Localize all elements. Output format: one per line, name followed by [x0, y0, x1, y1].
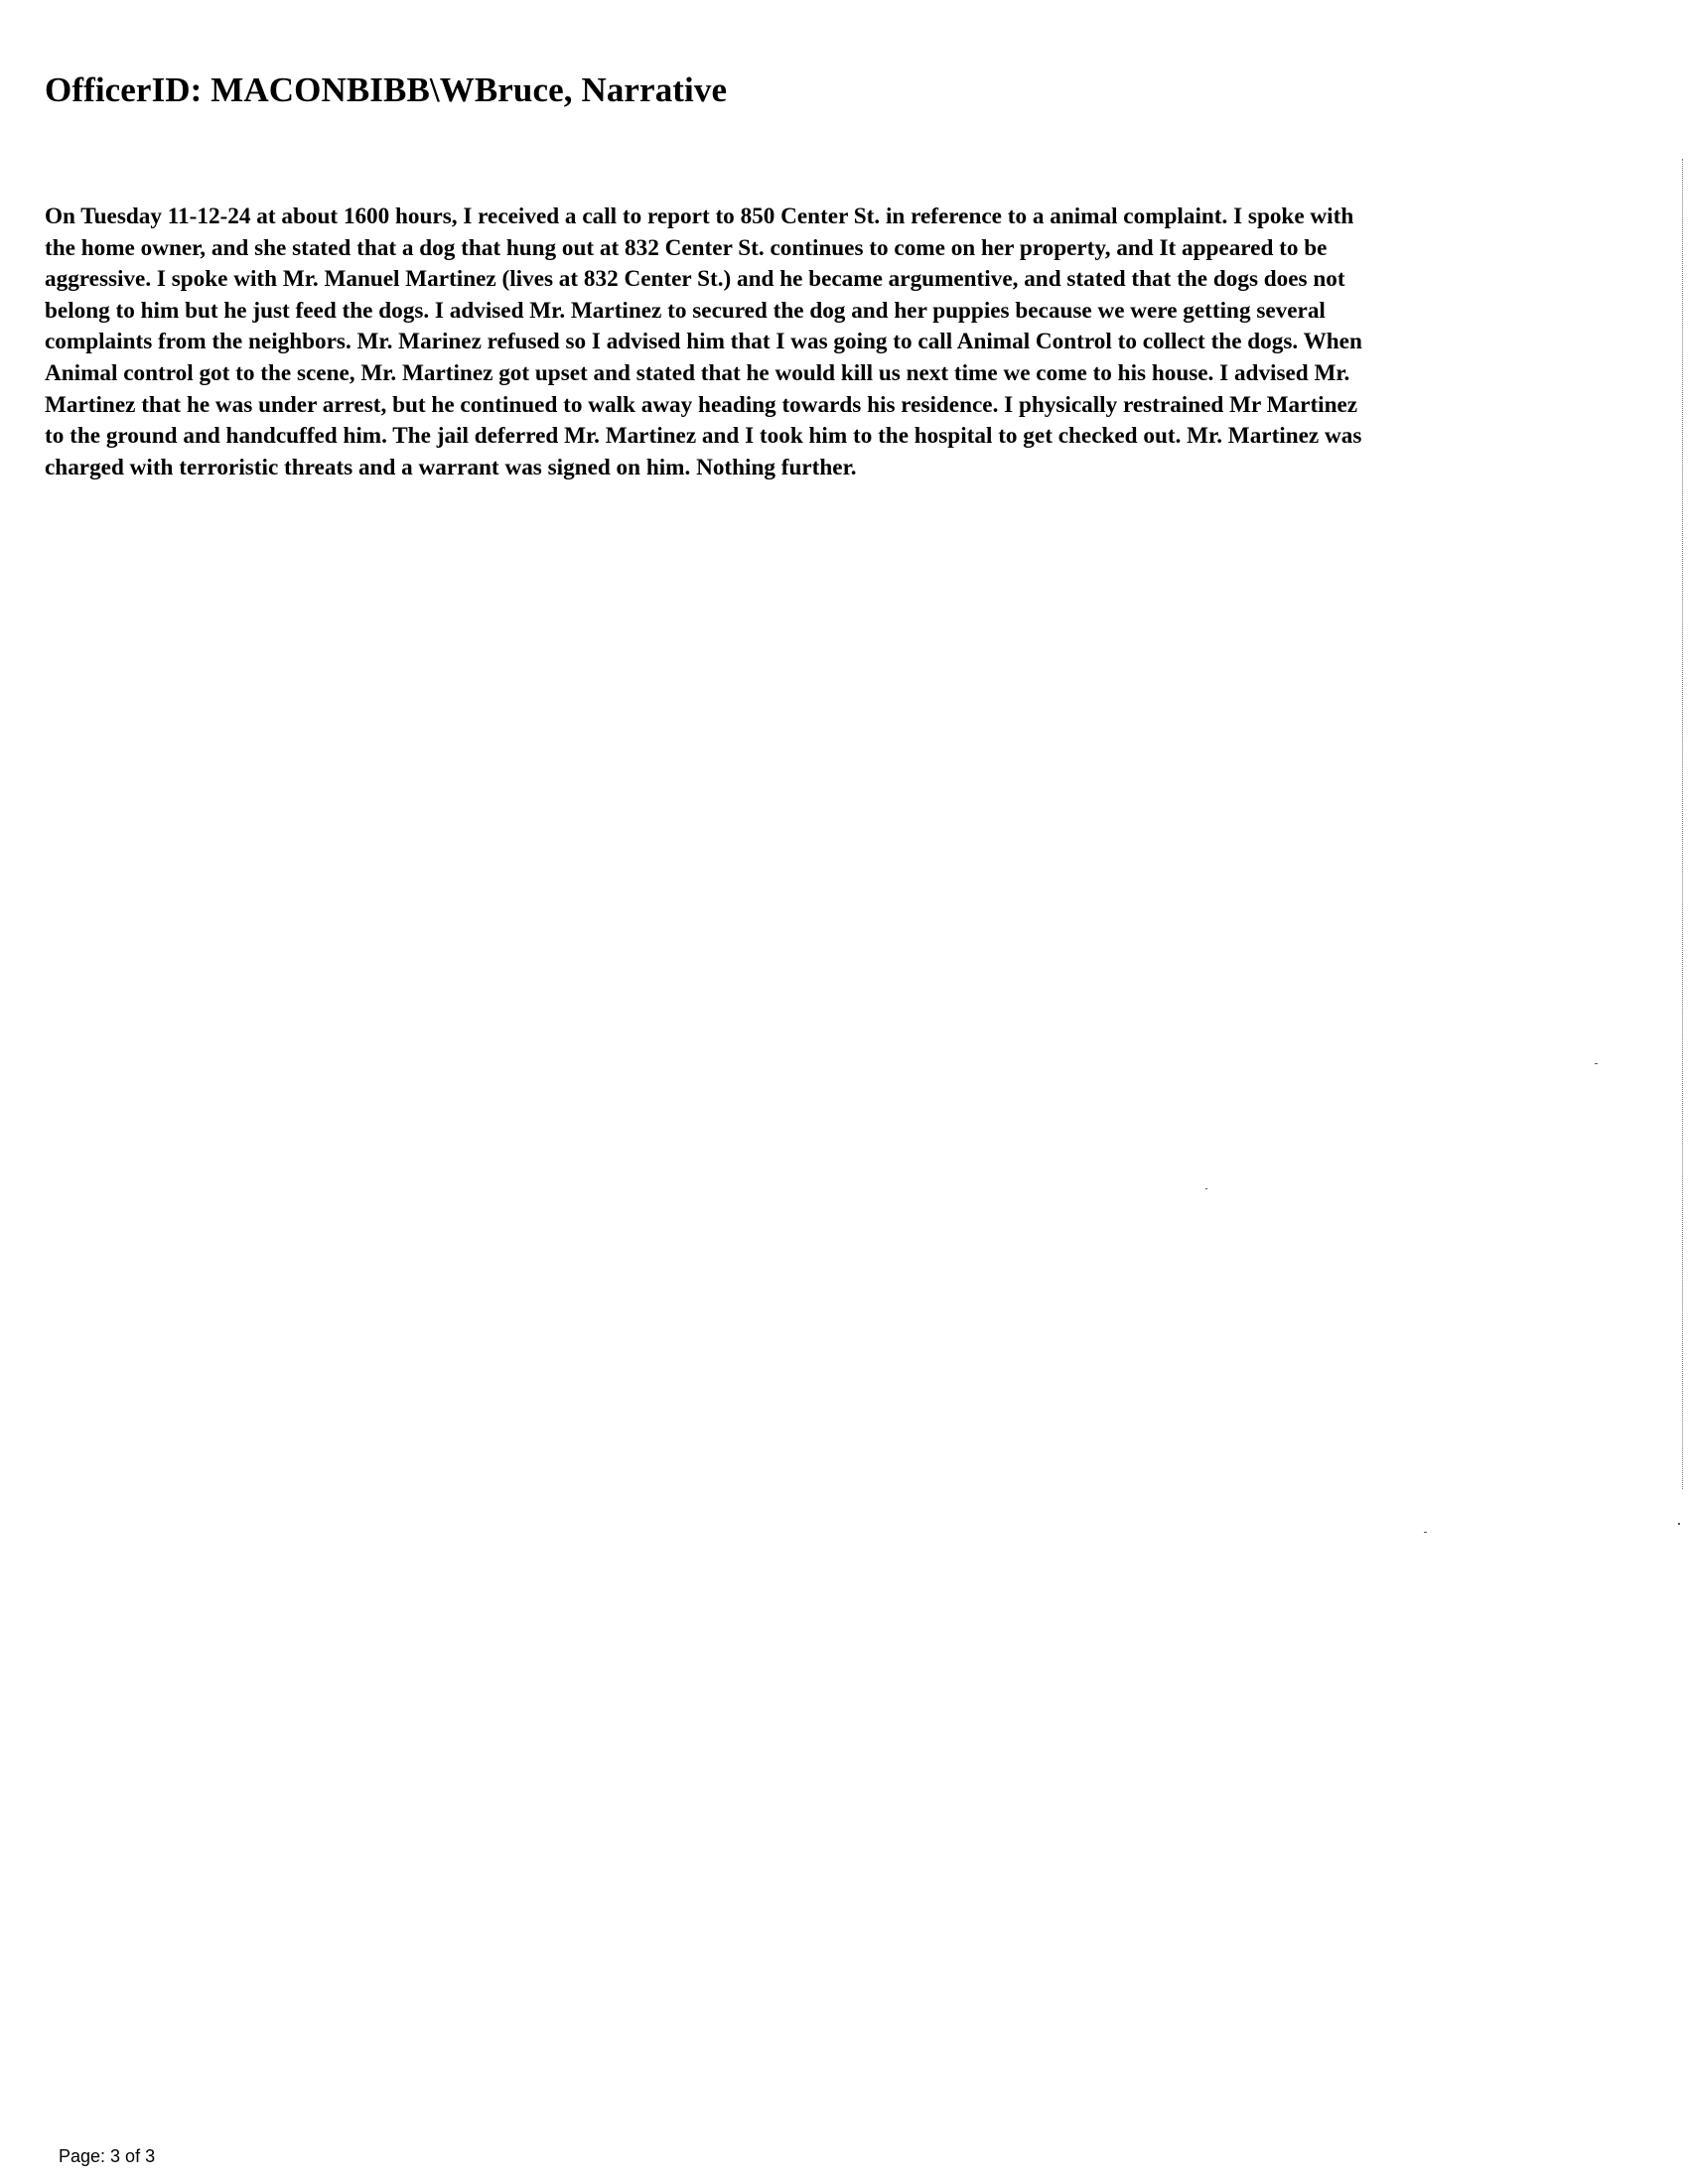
narrative-line: On Tuesday 11-12-24 at about 1600 hours,… [45, 202, 1633, 233]
scan-speck [1595, 1063, 1598, 1064]
narrative-paragraph: On Tuesday 11-12-24 at about 1600 hours,… [45, 202, 1633, 483]
scan-speck [1205, 1188, 1207, 1189]
scan-speck [1424, 1532, 1427, 1533]
page-number: Page: 3 of 3 [59, 2146, 155, 2166]
narrative-line: aggressive. I spoke with Mr. Manuel Mart… [45, 264, 1633, 296]
narrative-line: Animal control got to the scene, Mr. Mar… [45, 358, 1633, 390]
scan-edge-line [1682, 159, 1683, 1489]
narrative-line: Martinez that he was under arrest, but h… [45, 390, 1633, 422]
narrative-line: the home owner, and she stated that a do… [45, 233, 1633, 265]
narrative-line: belong to him but he just feed the dogs.… [45, 296, 1633, 328]
narrative-line: to the ground and handcuffed him. The ja… [45, 421, 1633, 453]
page-title: OfficerID: MACONBIBB\WBruce, Narrative [45, 69, 727, 111]
narrative-line: charged with terroristic threats and a w… [45, 453, 1633, 484]
scan-speck [1678, 1523, 1680, 1525]
narrative-line: complaints from the neighbors. Mr. Marin… [45, 327, 1633, 358]
